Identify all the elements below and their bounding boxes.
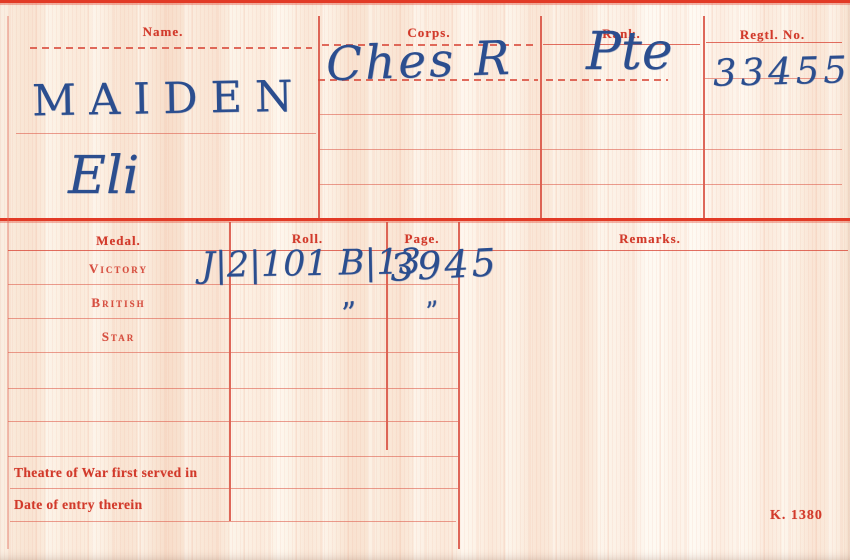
name-mid-line [16,133,316,134]
medal-row-line-4 [8,388,458,389]
medal-row-line-5 [8,421,458,422]
page-handwritten: 3945 [389,240,500,290]
medal-row-victory: Victory [8,261,229,277]
remarks-column-header: Remarks. [458,231,842,247]
medal-row-line-6 [8,456,458,457]
name-column-header: Name. [8,24,318,40]
left-edge-line [7,16,9,549]
name-corps-divider [318,16,320,219]
regimental-number-handwritten: 33455 [712,48,850,95]
top-row-line-3 [318,149,842,150]
section-divider-line [0,218,850,221]
medal-column-header: Medal. [8,233,229,249]
top-row-line-2 [318,114,842,115]
date-row-line [10,521,456,522]
forename-handwritten: Eli [68,146,139,206]
corps-rank-divider [540,16,542,219]
form-reference: K. 1380 [770,508,823,524]
name-header-underline [30,47,312,49]
corps-handwritten: Ches R [325,31,513,92]
top-row-line-4 [318,184,842,185]
medal-row-line-2 [8,318,458,319]
rank-handwritten: Pte [586,22,673,82]
regtl-no-column-header: Regtl. No. [703,27,842,43]
theatre-row-line [10,488,458,489]
medal-row-star: Star [8,329,229,345]
top-border-line [0,0,850,3]
medal-row-british: British [8,295,229,311]
theatre-of-war-label: Theatre of War first served in [14,465,197,481]
medal-row-line-3 [8,352,458,353]
rank-regtl-divider [703,16,705,219]
surname-handwritten: MAIDEN [32,72,306,127]
date-of-entry-label: Date of entry therein [14,497,143,513]
medal-index-card: Name. Corps. Rank. Regtl. No. Medal. Rol… [0,0,850,560]
